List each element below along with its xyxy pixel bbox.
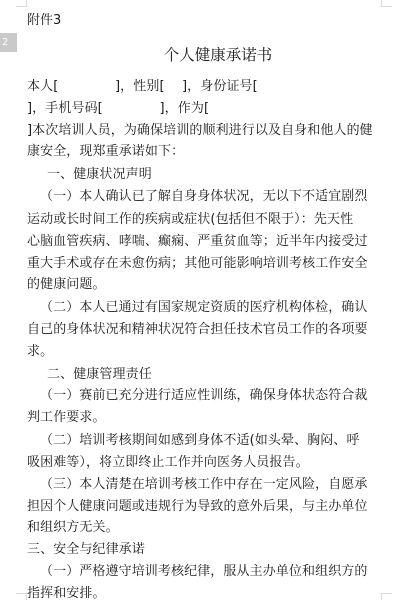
document-line: 吸困难等），将立即终止工作并向医务人员报告。 xyxy=(27,454,309,472)
document-line: 担因个人健康问题或违规行为导致的意外后果，与主办单位 xyxy=(27,498,368,516)
document-line: 运动或长时间工作的疾病或症状(包括但不限于）：先天性 xyxy=(27,211,353,229)
document-line: （三）本人清楚在培训考核工作中存在一定风险，自愿承 xyxy=(40,476,368,494)
document-line: 求。 xyxy=(27,343,53,361)
crop-mark-top-right xyxy=(381,0,392,7)
document-line: 三、安全与纪律承诺 xyxy=(27,541,145,559)
document-line: ]，手机号码[ ]，作为[ xyxy=(27,100,209,118)
document-line: 自己的身体状况和精神状况符合担任技术官员工作的各项要 xyxy=(27,321,368,339)
document-line: （一）本人确认已了解自身身体状况，无以下不适宜剧烈 xyxy=(40,188,368,206)
crop-mark-bottom-left xyxy=(16,593,27,600)
document-line: 重大手术或存在未愈伤病；其他可能影响培训考核工作安全 xyxy=(27,255,368,273)
document-line: （一）严格遵守培训考核纪律，服从主办单位和组织方的 xyxy=(40,563,368,581)
page-number-badge: 2 xyxy=(0,33,17,52)
document-line: 本人[ ]，性别[ ]，身份证号[ xyxy=(27,78,258,96)
document-line: ]本次培训人员，为确保培训的顺利进行以及自身和他人的健 xyxy=(27,122,373,140)
document-line: （二）培训考核期间如感到身体不适(如头晕、胸闷、呼 xyxy=(40,432,360,450)
document-line: 指挥和安排。 xyxy=(27,585,106,600)
document-line: 一、健康状况声明 xyxy=(47,166,152,184)
document-line: 的健康问题。 xyxy=(27,276,106,294)
document-line: 二、健康管理责任 xyxy=(47,366,152,384)
document-line: （二）本人已通过有国家规定资质的医疗机构体检，确认 xyxy=(40,299,368,317)
crop-mark-bottom-right xyxy=(381,593,392,600)
crop-mark-top-left xyxy=(16,0,27,7)
document-line: 心脑血管疾病、哮喘、癫痫、严重贫血等；近半年内接受过 xyxy=(27,233,368,251)
document-line: 康安全，现郑重承诺如下： xyxy=(27,143,184,161)
document-title: 个人健康承诺书 xyxy=(27,44,387,66)
annex-label: 附件3 xyxy=(27,12,61,30)
document-page: 2 附件3 个人健康承诺书 本人[ ]，性别[ ]，身份证号[ ]，手机号码[ … xyxy=(0,0,400,600)
document-line: 和组织方无关。 xyxy=(27,519,119,537)
document-line: （一）赛前已充分进行适应性训练，确保身体状态符合裁 xyxy=(40,387,368,405)
document-line: 判工作要求。 xyxy=(27,409,106,427)
